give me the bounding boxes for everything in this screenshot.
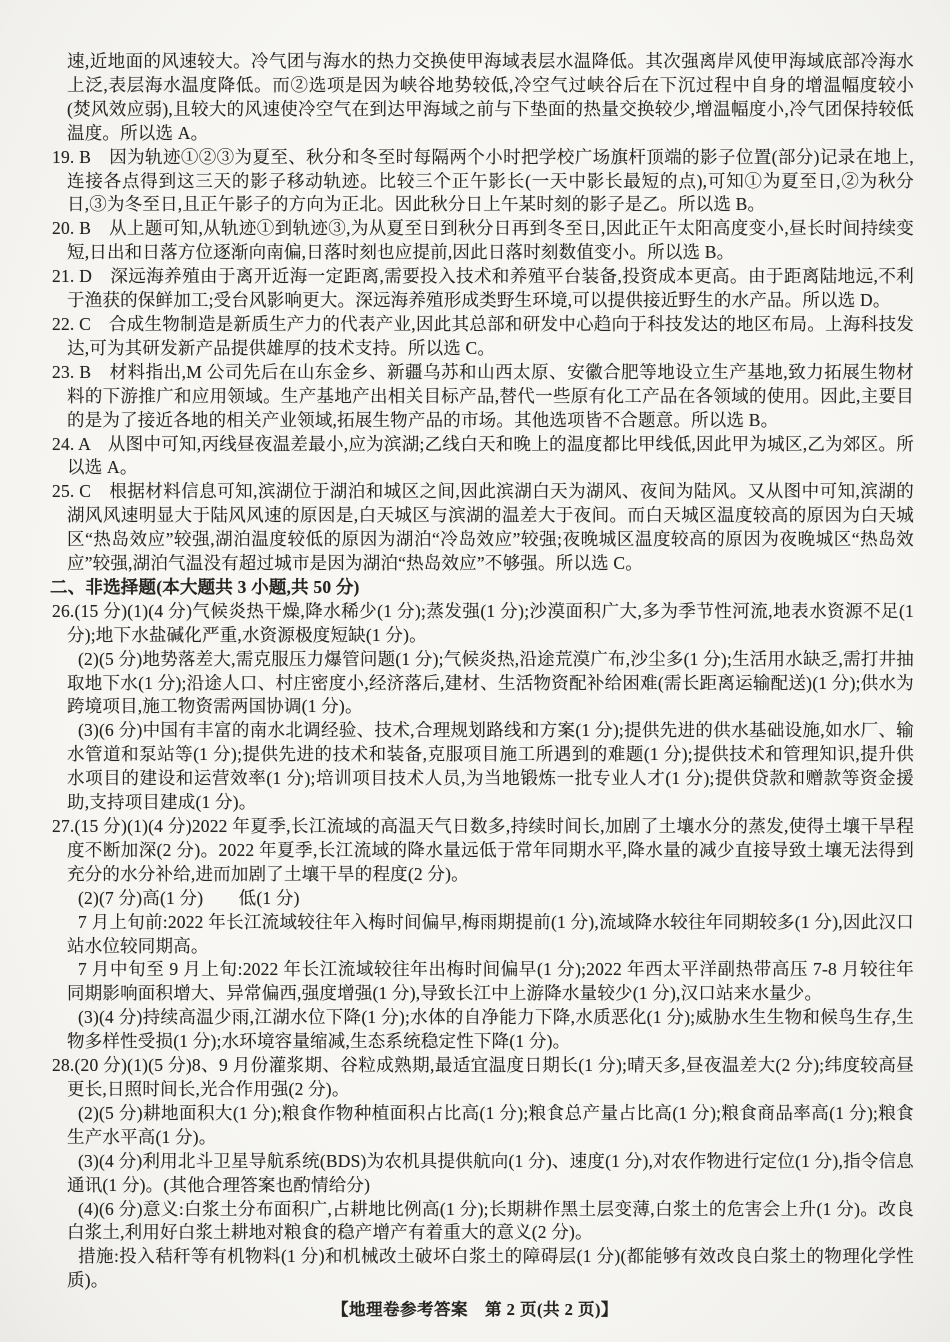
section-2-heading: 二、非选择题(本大题共 3 小题,共 50 分) bbox=[0, 576, 914, 600]
answer-27-part-2-blanks: (2)(7 分)高(1 分) 低(1 分) bbox=[0, 887, 914, 911]
answer-25: 25. C 根据材料信息可知,滨湖位于湖泊和城区之间,因此滨湖白天为湖风、夜间为… bbox=[0, 480, 914, 576]
answer-28-part-1: 28.(20 分)(1)(5 分)8、9 月份灌浆期、谷粒成熟期,最适宜温度日期… bbox=[0, 1054, 914, 1102]
answer-27-part-2-early-july: 7 月上旬前:2022 年长江流域较往年入梅时间偏早,梅雨期提前(1 分),流域… bbox=[0, 911, 914, 959]
answer-key-body: 速,近地面的风速较大。冷气团与海水的热力交换使甲海域表层水温降低。其次强离岸风使… bbox=[0, 50, 950, 1293]
answer-24: 24. A 从图中可知,丙线昼夜温差最小,应为滨湖;乙线白天和晚上的温度都比甲线… bbox=[0, 433, 914, 481]
answer-27-part-1: 27.(15 分)(1)(4 分)2022 年夏季,长江流域的高温天气日数多,持… bbox=[0, 815, 914, 887]
answer-26-part-3: (3)(6 分)中国有丰富的南水北调经验、技术,合理规划路线和方案(1 分);提… bbox=[0, 719, 914, 815]
answer-27-part-3: (3)(4 分)持续高温少雨,江湖水位下降(1 分);水体的自净能力下降,水质恶… bbox=[0, 1006, 914, 1054]
answer-21: 21. D 深远海养殖由于离开近海一定距离,需要投入技术和养殖平台装备,投资成本… bbox=[0, 265, 914, 313]
answer-26-part-2: (2)(5 分)地势落差大,需克服压力爆管问题(1 分);气候炎热,沿途荒漠广布… bbox=[0, 648, 914, 720]
answer-20: 20. B 从上题可知,从轨迹①到轨迹③,为从夏至日到秋分日再到冬至日,因此正午… bbox=[0, 217, 914, 265]
answer-28-part-3: (3)(4 分)利用北斗卫星导航系统(BDS)为农机具提供航向(1 分)、速度(… bbox=[0, 1150, 914, 1198]
answer-28-part-5: 措施:投入秸秆等有机物料(1 分)和机械改土破坏白浆土的障碍层(1 分)(都能够… bbox=[0, 1245, 914, 1293]
answer-28-part-4: (4)(6 分)意义:白浆土分布面积广,占耕地比例高(1 分);长期耕作黑土层变… bbox=[0, 1198, 914, 1246]
answer-18-continuation: 速,近地面的风速较大。冷气团与海水的热力交换使甲海域表层水温降低。其次强离岸风使… bbox=[0, 50, 914, 146]
answer-19: 19. B 因为轨迹①②③为夏至、秋分和冬至时每隔两个小时把学校广场旗杆顶端的影… bbox=[0, 146, 914, 218]
answer-28-part-2: (2)(5 分)耕地面积大(1 分);粮食作物种植面积占比高(1 分);粮食总产… bbox=[0, 1102, 914, 1150]
answer-23: 23. B 材料指出,M 公司先后在山东金乡、新疆乌苏和山西太原、安徽合肥等地设… bbox=[0, 361, 914, 433]
answer-27-part-2-mid-july: 7 月中旬至 9 月上旬:2022 年长江流域较往年出梅时间偏早(1 分);20… bbox=[0, 958, 914, 1006]
answer-22: 22. C 合成生物制造是新质生产力的代表产业,因此其总部和研发中心趋向于科技发… bbox=[0, 313, 914, 361]
document-page: 速,近地面的风速较大。冷气团与海水的热力交换使甲海域表层水温降低。其次强离岸风使… bbox=[0, 0, 950, 1342]
page-footer: 【地理卷参考答案 第 2 页(共 2 页)】 bbox=[0, 1296, 950, 1320]
answer-26-part-1: 26.(15 分)(1)(4 分)气候炎热干燥,降水稀少(1 分);蒸发强(1 … bbox=[0, 600, 914, 648]
